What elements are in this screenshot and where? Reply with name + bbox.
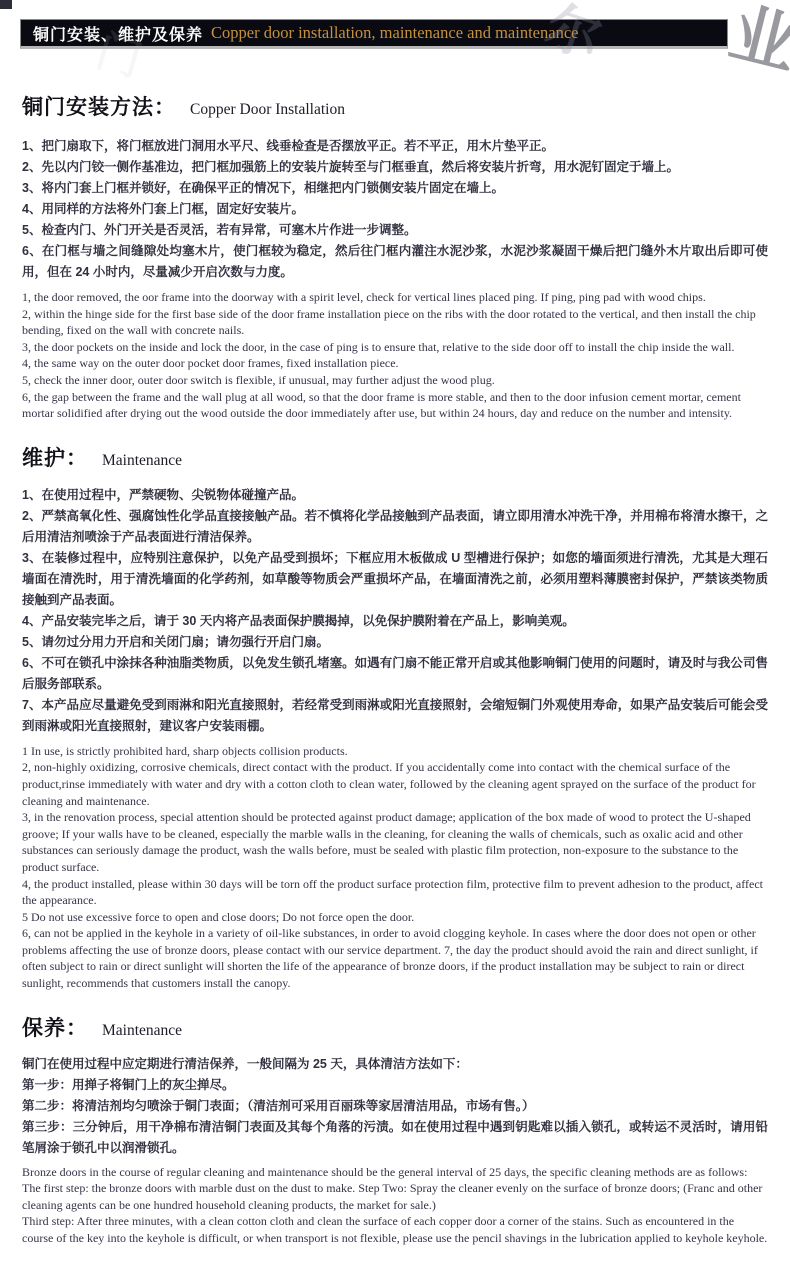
document-body: 铜门安装方法： Copper Door Installation 1、把门扇取下… <box>0 91 790 1263</box>
scan-corner-artifact <box>0 0 12 9</box>
maintain-item-zh-1: 1、在使用过程中，严禁硬物、尖锐物体碰撞产品。 <box>22 485 768 506</box>
care-steps-zh: 铜门在使用过程中应定期进行清洁保养，一般间隔为 25 天，具体清洁方法如下： 第… <box>22 1054 768 1159</box>
install-step-en-4: 4, the same way on the outer door pocket… <box>22 355 768 372</box>
install-step-zh-6: 6、在门框与墙之间缝隙处均塞木片，使门框较为稳定，然后往门框内灌注水泥沙浆，水泥… <box>22 241 768 283</box>
care-step-zh-2: 第二步：将清洁剂均匀喷涂于铜门表面；（清洁剂可采用百丽珠等家居清洁用品，市场有售… <box>22 1096 768 1117</box>
section-heading-zh: 保养： <box>22 1012 88 1042</box>
section-heading-en: Copper Door Installation <box>190 101 345 119</box>
maintain-item-zh-2: 2、严禁高氧化性、强腐蚀性化学品直接接触产品。若不慎将化学品接触到产品表面，请立… <box>22 506 768 548</box>
care-intro-en: Bronze doors in the course of regular cl… <box>22 1164 768 1181</box>
section-heading-zh: 铜门安装方法： <box>22 91 176 121</box>
section-heading-zh: 维护： <box>22 442 88 472</box>
care-step-zh-1: 第一步：用掸子将铜门上的灰尘掸尽。 <box>22 1075 768 1096</box>
watermark-glyph: 业 <box>721 0 790 88</box>
page-title-bar: 铜门安装、维护及保养 Copper door installation, mai… <box>20 19 728 49</box>
install-step-zh-5: 5、检查内门、外门开关是否灵活，若有异常，可塞木片作进一步调整。 <box>22 220 768 241</box>
maintenance-items-zh: 1、在使用过程中，严禁硬物、尖锐物体碰撞产品。 2、严禁高氧化性、强腐蚀性化学品… <box>22 485 768 737</box>
maintain-item-zh-3: 3、在装修过程中，应特别注意保护，以免产品受到损坏；下框应用木板做成 U 型槽进… <box>22 548 768 611</box>
maintenance-items-en: 1 In use, is strictly prohibited hard, s… <box>22 743 768 992</box>
care-steps-en: Bronze doors in the course of regular cl… <box>22 1164 768 1247</box>
maintain-item-en-1: 1 In use, is strictly prohibited hard, s… <box>22 743 768 760</box>
care-step-en-1: The first step: the bronze doors with ma… <box>22 1180 768 1213</box>
install-step-en-6: 6, the gap between the frame and the wal… <box>22 389 768 422</box>
care-step-en-2: Third step: After three minutes, with a … <box>22 1213 768 1246</box>
section-heading: 维护： Maintenance <box>22 442 768 472</box>
install-step-zh-2: 2、先以内门铰一侧作基准边，把门框加强筋上的安装片旋转至与门框垂直，然后将安装片… <box>22 157 768 178</box>
maintain-item-en-5: 5 Do not use excessive force to open and… <box>22 909 768 926</box>
installation-steps-en: 1, the door removed, the oor frame into … <box>22 289 768 422</box>
maintain-item-en-4: 4, the product installed, please within … <box>22 876 768 909</box>
maintain-item-zh-7: 7、本产品应尽量避免受到雨淋和阳光直接照射，若经常受到雨淋或阳光直接照射，会缩短… <box>22 695 768 737</box>
install-step-en-3: 3, the door pockets on the inside and lo… <box>22 339 768 356</box>
install-step-en-1: 1, the door removed, the oor frame into … <box>22 289 768 306</box>
care-intro-zh: 铜门在使用过程中应定期进行清洁保养，一般间隔为 25 天，具体清洁方法如下： <box>22 1054 768 1075</box>
page-title-en: Copper door installation, maintenance an… <box>203 23 578 43</box>
section-heading: 保养： Maintenance <box>22 1012 768 1042</box>
install-step-zh-1: 1、把门扇取下，将门框放进门洞用水平尺、线垂检查是否摆放平正。若不平正，用木片垫… <box>22 136 768 157</box>
maintain-item-zh-5: 5、请勿过分用力开启和关闭门扇；请勿强行开启门扇。 <box>22 632 768 653</box>
section-heading-en: Maintenance <box>102 1022 182 1040</box>
page-title-zh: 铜门安装、维护及保养 <box>21 22 203 45</box>
maintain-item-zh-4: 4、产品安装完毕之后，请于 30 天内将产品表面保护膜揭掉，以免保护膜附着在产品… <box>22 611 768 632</box>
install-step-zh-4: 4、用同样的方法将外门套上门框，固定好安装片。 <box>22 199 768 220</box>
section-installation: 铜门安装方法： Copper Door Installation 1、把门扇取下… <box>22 91 768 422</box>
section-care: 保养： Maintenance 铜门在使用过程中应定期进行清洁保养，一般间隔为 … <box>22 1012 768 1247</box>
maintain-item-en-6: 6, can not be applied in the keyhole in … <box>22 925 768 991</box>
install-step-en-5: 5, check the inner door, outer door swit… <box>22 372 768 389</box>
maintain-item-en-3: 3, in the renovation process, special at… <box>22 809 768 875</box>
section-maintenance: 维护： Maintenance 1、在使用过程中，严禁硬物、尖锐物体碰撞产品。 … <box>22 442 768 992</box>
section-heading: 铜门安装方法： Copper Door Installation <box>22 91 768 121</box>
care-step-zh-3: 第三步：三分钟后，用干净棉布清洁铜门表面及其每个角落的污渍。如在使用过程中遇到钥… <box>22 1117 768 1159</box>
maintain-item-en-2: 2, non-highly oxidizing, corrosive chemi… <box>22 759 768 809</box>
installation-steps-zh: 1、把门扇取下，将门框放进门洞用水平尺、线垂检查是否摆放平正。若不平正，用木片垫… <box>22 136 768 283</box>
maintain-item-zh-6: 6、不可在锁孔中涂抹各种油脂类物质，以免发生锁孔堵塞。如遇有门扇不能正常开启或其… <box>22 653 768 695</box>
install-step-en-2: 2, within the hinge side for the first b… <box>22 306 768 339</box>
section-heading-en: Maintenance <box>102 452 182 470</box>
install-step-zh-3: 3、将内门套上门框并锁好，在确保平正的情况下，相继把内门锁侧安装片固定在墙上。 <box>22 178 768 199</box>
